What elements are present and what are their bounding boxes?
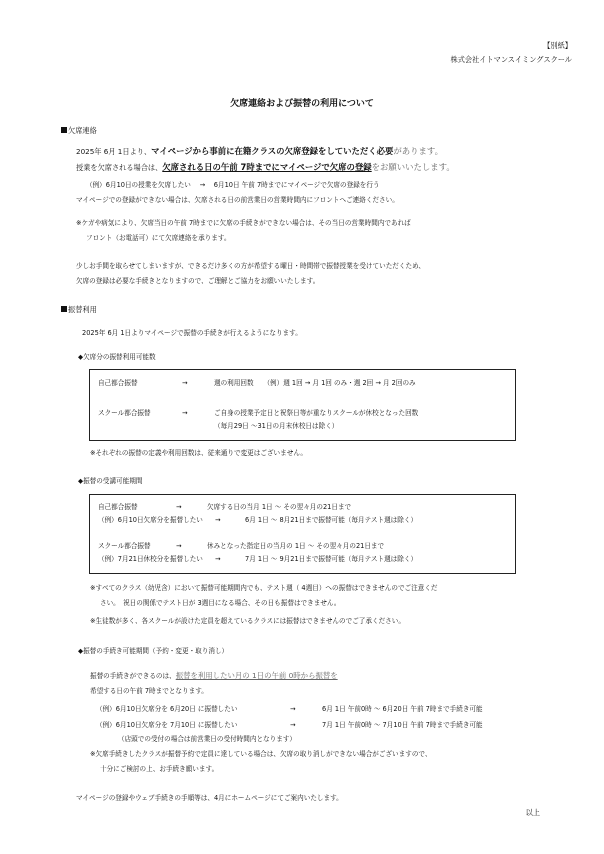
period-example-text: 6月 1日 ～ 8月21日まで振替可能（毎月テスト週は除く）	[245, 515, 417, 525]
document-page: 【別紙】 株式会社イトマンスイミングスクール 欠席連絡および振替の利用について …	[0, 0, 604, 854]
count-box: 自己都合振替 → 週の利用回数 （例）週 1回 → 月 1回 のみ・週 2回 →…	[89, 369, 516, 441]
section-heading-absence: 欠席連絡	[61, 125, 97, 136]
arrow-icon: →	[290, 720, 296, 730]
period-note-1: ※すべてのクラス（幼児含）において振替可能期間内でも、テスト週（ 4週目）への振…	[90, 583, 438, 593]
period-example-label: （例）6月10日欠席分を振替したい	[98, 515, 203, 525]
period-note-1b: さい。 祝日の関係でテスト日が 3週目になる場合、その日も振替はできません。	[100, 598, 341, 608]
arrow-icon: →	[176, 541, 182, 551]
count-row-text-2: （毎月29日 ～31日の月末休校日は除く）	[214, 421, 338, 431]
procedure-note-1: ※欠席手続きしたクラスが振替予約で定員に達している場合は、欠席の取り消しができな…	[90, 749, 431, 759]
page-title: 欠席連絡および振替の利用について	[0, 96, 604, 109]
count-row-text: 週の利用回数 （例）週 1回 → 月 1回 のみ・週 2回 → 月 2回のみ	[214, 378, 416, 388]
absence-line-3: マイページでの登録ができない場合は、欠席される日の前営業日の営業時間内にフロント…	[76, 195, 399, 205]
period-row-label: スクール都合振替	[98, 541, 151, 551]
absence-line-2: 授業を欠席される場合は、欠席される日の午前 7時までにマイページで欠席の登録をお…	[76, 162, 455, 173]
footer-guide: マイページの登録やウェブ手続きの手順等は、4月にホームページにてご案内いたします…	[76, 793, 343, 803]
procedure-example-label: （例）6月10日欠席分を 7月10日 に振替したい	[96, 720, 237, 730]
arrow-icon: →	[215, 554, 221, 564]
store-note: （店頭での受付の場合は前営業日の受付時間内となります）	[118, 734, 296, 744]
absence-para-2: 欠席の登録は必要な手続きとなりますので、ご理解とご協力をお願いいたします。	[76, 276, 319, 286]
procedure-line-2: 希望する日の午前 7時までとなります。	[90, 686, 208, 696]
subheading-procedure: ◆振替の手続き可能期間（予約・変更・取り消し）	[78, 646, 228, 656]
subheading-count: ◆欠席分の振替利用可能数	[78, 352, 156, 362]
makeup-intro: 2025年 6月 1日よりマイページで振替の手続きが行えるようになります。	[82, 328, 302, 338]
absence-note-1: ※ケガや病気により、欠席当日の午前 7時までに欠席の手続きができない場合は、その…	[76, 218, 411, 228]
absence-example: （例）6月10日の授業を欠席したい → 6月10日 午前 7時までにマイページで…	[86, 180, 380, 190]
period-example-label: （例）7月21日休校分を振替したい	[98, 554, 203, 564]
count-row-text: ご自身の授業予定日と祝祭日等が重なりスクールが休校となった回数	[214, 408, 418, 418]
end-mark: 以上	[526, 807, 540, 818]
absence-para-1: 少しお手間を取らせてしまいますが、できるだけ多くの方が希望する曜日・時間帯で振替…	[76, 261, 425, 271]
count-row-label: 自己都合振替	[98, 378, 138, 388]
arrow-icon: →	[215, 515, 221, 525]
period-row-text: 休みとなった指定日の当月の 1日 ～ その翌々月の21日まで	[207, 541, 384, 551]
subheading-period: ◆振替の受講可能期間	[78, 476, 142, 486]
arrow-icon: →	[182, 378, 188, 388]
count-note: ※それぞれの振替の定義や利用回数は、従来通りで変更はございません。	[90, 448, 307, 458]
attachment-label: 【別紙】	[543, 40, 572, 51]
arrow-icon: →	[176, 502, 182, 512]
procedure-example-label: （例）6月10日欠席分を 6月20日 に振替したい	[96, 704, 237, 714]
square-bullet-icon	[61, 127, 67, 133]
square-bullet-icon	[61, 306, 67, 312]
company-name: 株式会社イトマンスイミングスクール	[451, 54, 572, 65]
period-row-label: 自己都合振替	[98, 502, 138, 512]
procedure-example-text: 7月 1日 午前0時 ～ 7月10日 午前 7時まで手続き可能	[322, 720, 483, 730]
period-example-text: 7月 1日 ～ 9月21日まで振替可能（毎月テスト週は除く）	[245, 554, 417, 564]
period-box: 自己都合振替 → 欠席する日の当月 1日 ～ その翌々月の21日まで （例）6月…	[89, 494, 516, 574]
absence-line-1: 2025年 6月 1日より、マイページから事前に在籍クラスの欠席登録をしていただ…	[76, 146, 443, 157]
period-row-text: 欠席する日の当月 1日 ～ その翌々月の21日まで	[207, 502, 351, 512]
procedure-line-1: 振替の手続きができるのは、振替を利用したい月の 1日の午前 0時から振替を	[90, 671, 338, 681]
count-row-label: スクール都合振替	[98, 408, 151, 418]
section-heading-makeup: 振替利用	[61, 304, 97, 315]
arrow-icon: →	[182, 408, 188, 418]
period-note-2: ※生徒数が多く、各スクールが設けた定員を超えているクラスには振替はできませんので…	[90, 616, 405, 626]
absence-note-2: フロント（お電話可）にて欠席連絡を承ります。	[86, 233, 231, 243]
arrow-icon: →	[290, 704, 296, 714]
procedure-note-2: 十分にご検討の上、お手続き願います。	[100, 764, 218, 774]
procedure-example-text: 6月 1日 午前0時 ～ 6月20日 午前 7時まで手続き可能	[322, 704, 483, 714]
